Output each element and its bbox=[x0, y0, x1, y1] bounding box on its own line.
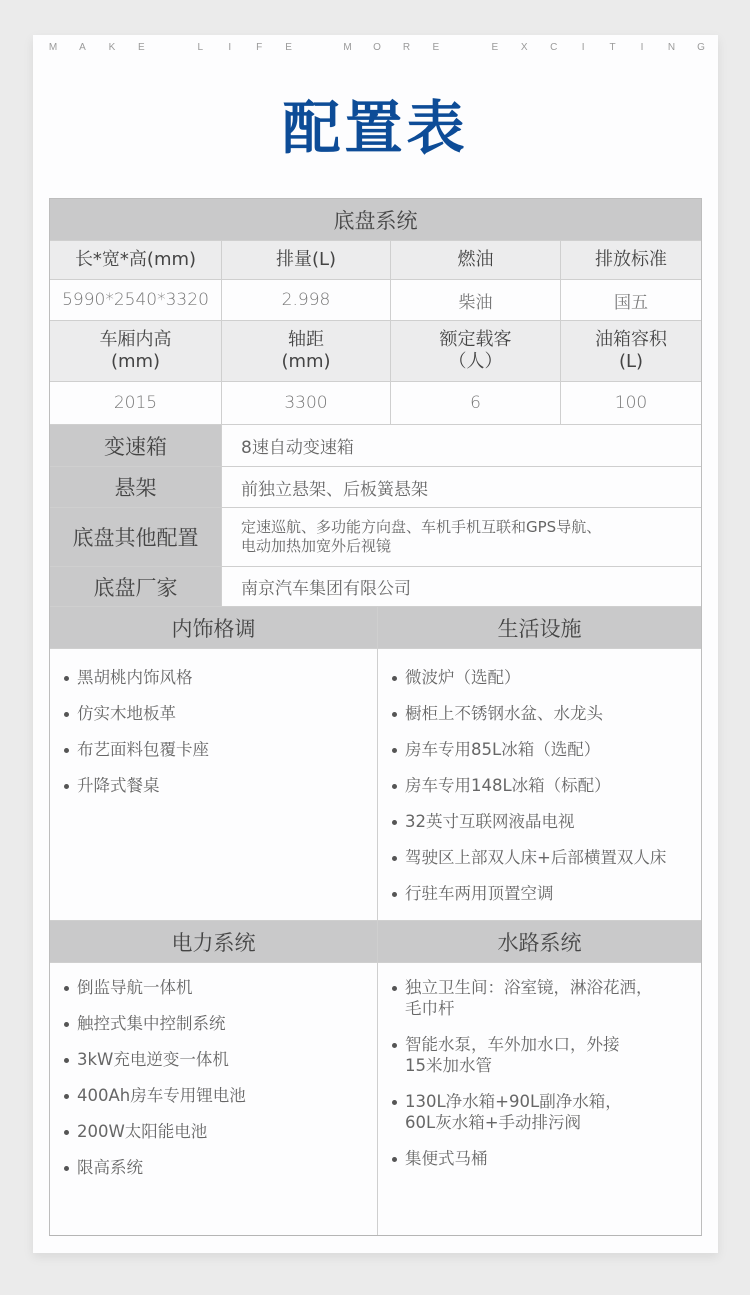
value-cabin-height: 2015 bbox=[50, 382, 221, 424]
section-header-row: 电力系统 水路系统 bbox=[50, 920, 701, 962]
spec-label-row: 长*宽*高(mm) 排量(L) 燃油 排放标准 bbox=[50, 240, 701, 279]
list-item: 集便式马桶 bbox=[390, 1148, 653, 1169]
spec-key: 悬架 bbox=[50, 467, 221, 507]
tagline: MAKE LIFE MORE EXCITING bbox=[47, 42, 707, 53]
power-list: 倒监导航一体机 触控式集中控制系统 3kW充电逆变一体机 400Ah房车专用锂电… bbox=[50, 963, 377, 1235]
list-item: 独立卫生间：浴室镜，淋浴花洒，毛巾杆 bbox=[390, 977, 653, 1019]
config-table: 底盘系统 长*宽*高(mm) 排量(L) 燃油 排放标准 5990*2540*3… bbox=[49, 198, 702, 1236]
spec-value: 南京汽车集团有限公司 bbox=[221, 567, 701, 606]
section-body-row: 黑胡桃内饰风格 仿实木地板革 布艺面料包覆卡座 升降式餐桌 微波炉（选配） 橱柜… bbox=[50, 648, 701, 920]
list-item: 行驻车两用顶置空调 bbox=[390, 883, 666, 904]
section-header-water: 水路系统 bbox=[377, 921, 701, 962]
spec-row-other: 底盘其他配置 定速巡航、多功能方向盘、车机手机互联和GPS导航、 电动加热加宽外… bbox=[50, 507, 701, 566]
list-item: 房车专用148L冰箱（标配） bbox=[390, 775, 666, 796]
spec-key: 底盘厂家 bbox=[50, 567, 221, 606]
list-item: 倒监导航一体机 bbox=[62, 977, 246, 998]
label-wheelbase: 轴距 (mm) bbox=[221, 321, 390, 381]
interior-list: 黑胡桃内饰风格 仿实木地板革 布艺面料包覆卡座 升降式餐桌 bbox=[50, 649, 377, 920]
spec-key: 变速箱 bbox=[50, 425, 221, 466]
list-item: 房车专用85L冰箱（选配） bbox=[390, 739, 666, 760]
value-fuel: 柴油 bbox=[390, 280, 560, 320]
spec-key: 底盘其他配置 bbox=[50, 508, 221, 566]
spec-label-row: 车厢内高 (mm) 轴距 (mm) 额定载客 （人） 油箱容积 (L) bbox=[50, 320, 701, 381]
list-item: 布艺面料包覆卡座 bbox=[62, 739, 209, 760]
value-passengers: 6 bbox=[390, 382, 560, 424]
section-header-chassis: 底盘系统 bbox=[50, 199, 701, 240]
label-tank-capacity: 油箱容积 (L) bbox=[560, 321, 701, 381]
spec-row-transmission: 变速箱 8速自动变速箱 bbox=[50, 424, 701, 466]
list-item: 3kW充电逆变一体机 bbox=[62, 1049, 246, 1070]
section-header-living: 生活设施 bbox=[377, 607, 701, 648]
label-passengers: 额定载客 （人） bbox=[390, 321, 560, 381]
water-list: 独立卫生间：浴室镜，淋浴花洒，毛巾杆 智能水泵，车外加水口，外接15米加水管 1… bbox=[377, 963, 701, 1235]
label-displacement: 排量(L) bbox=[221, 241, 390, 279]
list-item: 微波炉（选配） bbox=[390, 667, 666, 688]
spec-value-row: 5990*2540*3320 2.998 柴油 国五 bbox=[50, 279, 701, 320]
list-item: 升降式餐桌 bbox=[62, 775, 209, 796]
list-item: 400Ah房车专用锂电池 bbox=[62, 1085, 246, 1106]
list-item: 32英寸互联网液晶电视 bbox=[390, 811, 666, 832]
config-card: MAKE LIFE MORE EXCITING 配置表 底盘系统 长*宽*高(m… bbox=[33, 35, 718, 1253]
spec-value: 8速自动变速箱 bbox=[221, 425, 701, 466]
section-header-row: 内饰格调 生活设施 bbox=[50, 606, 701, 648]
list-item: 驾驶区上部双人床+后部横置双人床 bbox=[390, 847, 666, 868]
value-tank-capacity: 100 bbox=[560, 382, 701, 424]
list-item: 200W太阳能电池 bbox=[62, 1121, 246, 1142]
chassis-header-row: 底盘系统 bbox=[50, 199, 701, 240]
spec-value: 定速巡航、多功能方向盘、车机手机互联和GPS导航、 电动加热加宽外后视镜 bbox=[221, 508, 701, 566]
section-header-interior: 内饰格调 bbox=[50, 607, 377, 648]
value-dimensions: 5990*2540*3320 bbox=[50, 280, 221, 320]
spec-value: 前独立悬架、后板簧悬架 bbox=[221, 467, 701, 507]
label-dimensions: 长*宽*高(mm) bbox=[50, 241, 221, 279]
list-item: 橱柜上不锈钢水盆、水龙头 bbox=[390, 703, 666, 724]
label-cabin-height: 车厢内高 (mm) bbox=[50, 321, 221, 381]
spec-value-row: 2015 3300 6 100 bbox=[50, 381, 701, 424]
value-wheelbase: 3300 bbox=[221, 382, 390, 424]
label-fuel: 燃油 bbox=[390, 241, 560, 279]
list-item: 智能水泵，车外加水口，外接15米加水管 bbox=[390, 1034, 653, 1076]
section-header-power: 电力系统 bbox=[50, 921, 377, 962]
label-emission: 排放标准 bbox=[560, 241, 701, 279]
page-title: 配置表 bbox=[33, 93, 718, 163]
section-body-row: 倒监导航一体机 触控式集中控制系统 3kW充电逆变一体机 400Ah房车专用锂电… bbox=[50, 962, 701, 1235]
list-item: 130L净水箱+90L副净水箱，60L灰水箱+手动排污阀 bbox=[390, 1091, 653, 1133]
living-list: 微波炉（选配） 橱柜上不锈钢水盆、水龙头 房车专用85L冰箱（选配） 房车专用1… bbox=[377, 649, 701, 920]
spec-row-suspension: 悬架 前独立悬架、后板簧悬架 bbox=[50, 466, 701, 507]
value-emission: 国五 bbox=[560, 280, 701, 320]
value-displacement: 2.998 bbox=[221, 280, 390, 320]
list-item: 仿实木地板革 bbox=[62, 703, 209, 724]
list-item: 触控式集中控制系统 bbox=[62, 1013, 246, 1034]
spec-row-manufacturer: 底盘厂家 南京汽车集团有限公司 bbox=[50, 566, 701, 606]
list-item: 黑胡桃内饰风格 bbox=[62, 667, 209, 688]
list-item: 限高系统 bbox=[62, 1157, 246, 1178]
